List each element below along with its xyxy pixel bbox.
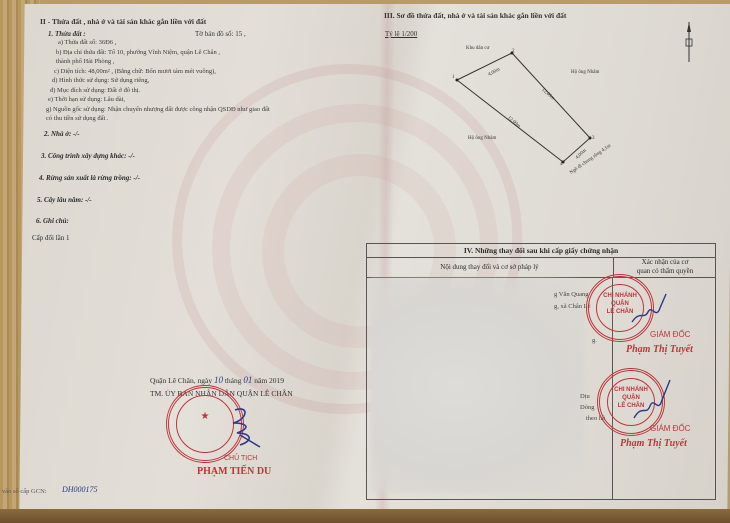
director-title-1: GIÁM ĐỐC bbox=[650, 330, 690, 339]
chairman-name: PHẠM TIẾN DU bbox=[197, 466, 271, 477]
star-emblem-icon: ★ bbox=[201, 411, 210, 422]
item-other-construction: 3. Công trình xây dựng khác: -/- bbox=[41, 152, 135, 160]
change-text-fragment: Dịu bbox=[580, 393, 590, 400]
redacted-area bbox=[370, 278, 585, 493]
land-details: a) Thửa đất số: 36Đ6 , b) Địa chỉ thửa đ… bbox=[38, 38, 270, 124]
section-iii-title: III. Sơ đồ thửa đất, nhà ở và tài sản kh… bbox=[384, 11, 566, 20]
signature-director-1 bbox=[630, 290, 670, 330]
land-row: có thu tiền sử dụng đất . bbox=[38, 114, 270, 124]
director-title-2: GIÁM ĐỐC bbox=[650, 424, 690, 433]
registry-number: DH000175 bbox=[62, 485, 98, 494]
item-production-forest: 4. Rừng sản xuất là rừng trồng: -/- bbox=[39, 174, 140, 182]
table-edge bbox=[0, 509, 730, 523]
change-text-fragment: Dòng bbox=[580, 404, 594, 411]
section-iv-title: IV. Những thay đổi sau khi cấp giấy chứn… bbox=[367, 244, 715, 258]
item-notes: 6. Ghi chú: bbox=[36, 217, 69, 225]
label-residential-area: Khu dân cư bbox=[466, 44, 489, 53]
land-row: c) Diện tích: 48,00m² , (Bằng chữ: Bốn m… bbox=[38, 67, 270, 77]
col-change-content: Nội dung thay đổi và cơ sở pháp lý bbox=[367, 258, 612, 278]
land-row: thành phố Hải Phòng , bbox=[38, 57, 270, 67]
point-4: 4 bbox=[560, 160, 563, 169]
note-reissue: Cấp đổi lần 1 bbox=[32, 234, 70, 242]
land-row: d) Hình thức sử dụng: Sử dụng riêng, bbox=[38, 76, 270, 86]
change-text-fragment: g. bbox=[592, 337, 597, 344]
item-house: 2. Nhà ở: -/- bbox=[44, 130, 80, 138]
director-name-2: Phạm Thị Tuyết bbox=[620, 438, 687, 449]
signature-chairman bbox=[225, 405, 265, 450]
land-row: đ) Mục đích sử dụng: Đất ở đô thị. bbox=[38, 86, 270, 96]
signature-director-2 bbox=[632, 376, 672, 426]
land-row: b) Địa chỉ thửa đất: Tổ 10, phường Vĩnh … bbox=[38, 48, 270, 58]
label-neighbor-left: Hộ ông Nhâm bbox=[468, 134, 496, 143]
parcel-diagram bbox=[440, 40, 630, 200]
section-ii-title: II - Thửa đất , nhà ở và tài sản khác gắ… bbox=[40, 17, 206, 26]
label-neighbor-right: Hộ ông Nhâm bbox=[571, 68, 599, 77]
point-1: 1 bbox=[452, 73, 455, 82]
change-text-fragment: g, xã Chân Lê bbox=[554, 303, 590, 310]
map-scale: Tỷ lệ 1/200 bbox=[385, 30, 417, 39]
director-name-1: Phạm Thị Tuyết bbox=[626, 344, 693, 355]
change-text-fragment: g Văn Quang bbox=[554, 291, 589, 298]
land-row: e) Thời hạn sử dụng: Lâu dài, bbox=[38, 95, 270, 105]
land-row: g) Nguồn gốc sử dụng: Nhận chuyển nhượng… bbox=[38, 105, 270, 115]
point-3: 3 bbox=[592, 134, 595, 143]
item-perennial-trees: 5. Cây lâu năm: -/- bbox=[37, 196, 92, 204]
registry-label: vào sổ cấp GCN: bbox=[2, 487, 47, 496]
north-arrow-icon bbox=[683, 22, 695, 62]
land-row: a) Thửa đất số: 36Đ6 , bbox=[38, 38, 270, 48]
issue-date: Quận Lê Chân, ngày 10 tháng 01 năm 2019 bbox=[150, 376, 284, 385]
chairman-title: CHỦ TỊCH bbox=[224, 455, 257, 462]
point-2: 2 bbox=[512, 47, 515, 56]
